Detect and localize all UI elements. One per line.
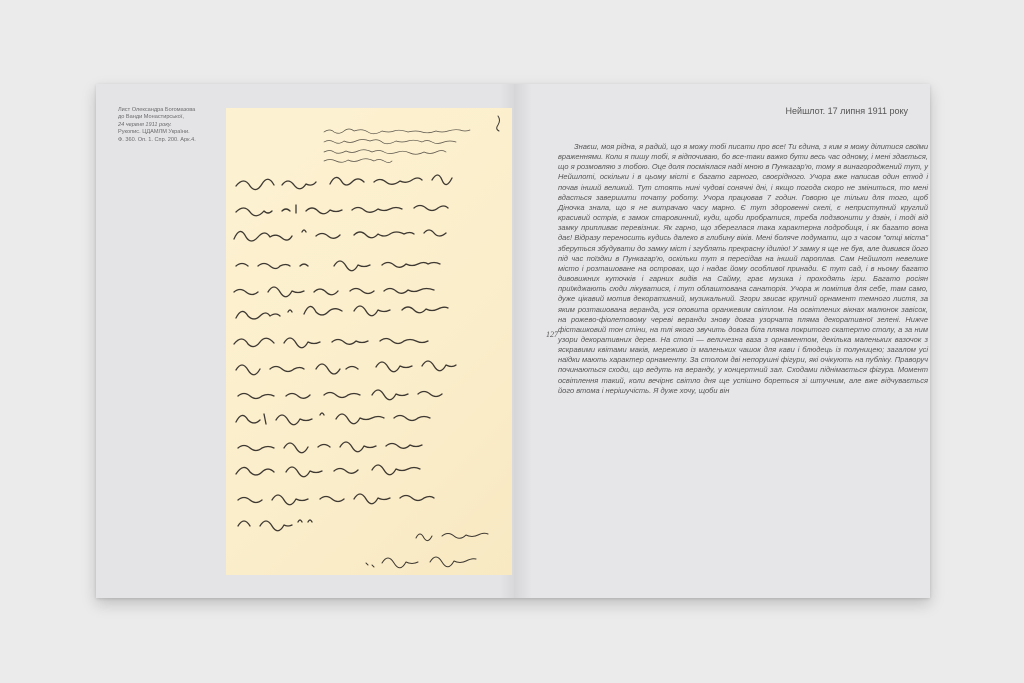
- running-head: Нейшлот. 17 липня 1911 року: [786, 106, 908, 116]
- handwritten-letter-image: [226, 108, 512, 575]
- spine-shadow: [514, 84, 532, 598]
- image-caption: Лист Олександра Богомазова до Ванди Мона…: [118, 107, 230, 144]
- right-page: 127 Нейшлот. 17 липня 1911 року Знаєш, м…: [514, 84, 930, 598]
- page-number: 127: [546, 330, 558, 339]
- caption-date: 24 червня 1911 року.: [118, 122, 230, 129]
- caption-line: Ф. 360. Оп. 1. Спр. 200. Арк.4.: [118, 137, 230, 144]
- caption-line: Рукопис. ЦДАМЛМ України.: [118, 129, 230, 136]
- body-text: Знаєш, моя рідна, я радий, що я можу тоб…: [558, 142, 928, 396]
- caption-line: Лист Олександра Богомазова: [118, 107, 230, 114]
- left-page: Лист Олександра Богомазова до Ванди Мона…: [96, 84, 514, 598]
- book-spread: Лист Олександра Богомазова до Ванди Мона…: [96, 84, 930, 598]
- caption-line: до Ванди Монастирської,: [118, 114, 230, 121]
- handwriting-strokes: [226, 108, 512, 575]
